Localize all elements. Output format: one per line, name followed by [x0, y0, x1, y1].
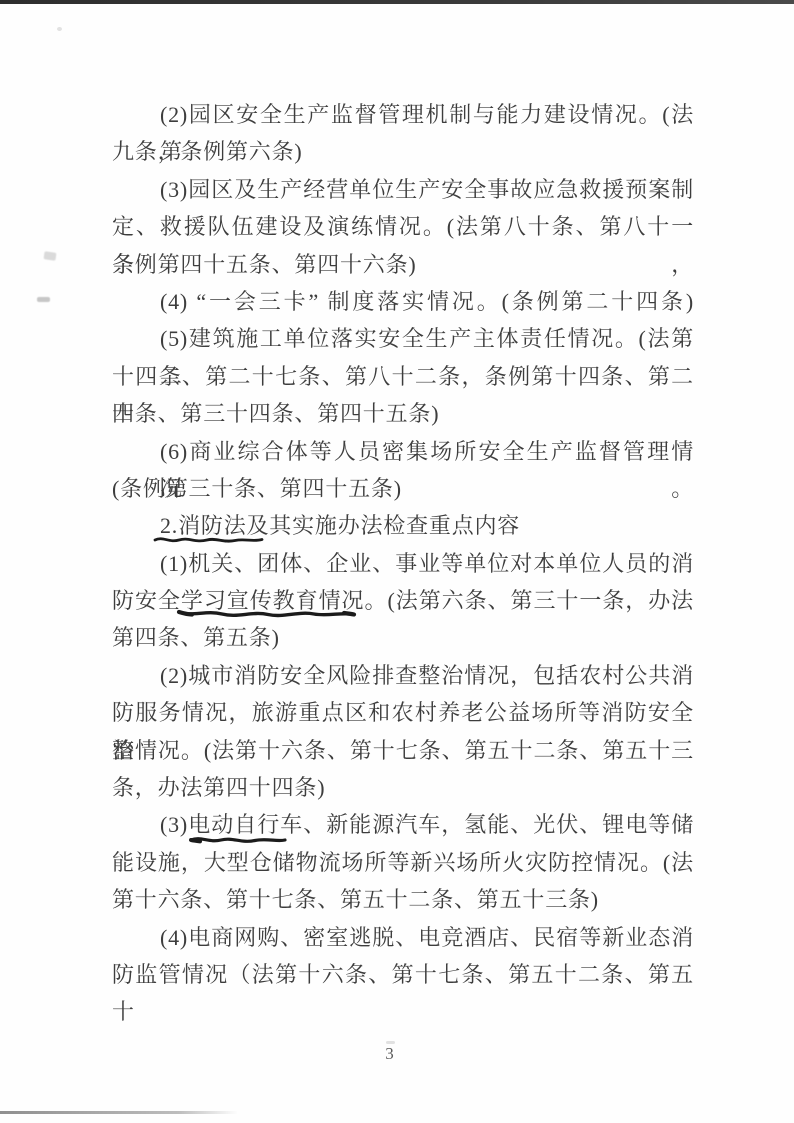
text-line: 第十六条、第十七条、第五十二条、第五十三条) [112, 881, 694, 918]
document-page: (2)园区安全生产监督管理机制与能力建设情况。(法第 九条，条例第六条) (3)… [0, 0, 794, 1123]
text-line: (3)园区及生产经营单位生产安全事故应急救援预案制 [112, 171, 694, 208]
text-line: (5)建筑施工单位落实安全生产主体责任情况。(法第二 [112, 320, 694, 357]
scan-speck [57, 27, 62, 31]
text-line: (3)电动自行车、新能源汽车，氢能、光伏、锂电等储 [112, 806, 694, 843]
text-line: 防监管情况（法第十六条、第十七条、第五十二条、第五十 [112, 956, 694, 993]
scan-speck [386, 1041, 395, 1044]
text-line: (6)商业综合体等人员密集场所安全生产监督管理情况。 [112, 433, 694, 470]
text-line: 条，办法第四十四条) [112, 769, 694, 806]
scan-artifact-top-bar [0, 0, 794, 4]
text-line: (1)机关、团体、企业、事业等单位对本单位人员的消 [112, 545, 694, 582]
scan-artifact-bottom-line [0, 1111, 238, 1114]
text-line: (4) “一会三卡” 制度落实情况。(条例第二十四条) [112, 283, 694, 320]
text-line: 定、救援队伍建设及演练情况。(法第八十条、第八十一条， [112, 208, 694, 245]
text-line: (4)电商网购、密室逃脱、电竞酒店、民宿等新业态消 [112, 919, 694, 956]
text-line: 第四条、第五条) [112, 619, 694, 656]
text-line: 四条、第三十四条、第四十五条) [112, 395, 694, 432]
text-line: (2)园区安全生产监督管理机制与能力建设情况。(法第 [112, 96, 694, 133]
text-line: 治情况。(法第十六条、第十七条、第五十二条、第五十三 [112, 732, 694, 769]
text-line: (2)城市消防安全风险排查整治情况，包括农村公共消 [112, 657, 694, 694]
page-number: 3 [0, 1044, 787, 1064]
scan-smudge [44, 251, 57, 261]
document-body: (2)园区安全生产监督管理机制与能力建设情况。(法第 九条，条例第六条) (3)… [112, 96, 694, 993]
scan-smudge [37, 297, 50, 302]
text-line: 能设施，大型仓储物流场所等新兴场所火灾防控情况。(法 [112, 844, 694, 881]
text-line: 防服务情况，旅游重点区和农村养老公益场所等消防安全整 [112, 694, 694, 731]
text-line: 防安全学习宣传教育情况。(法第六条、第三十一条，办法 [112, 582, 694, 619]
text-line: 九条，条例第六条) [112, 133, 694, 170]
text-line: 十四条、第二十七条、第八十二条，条例第十四条、第二十 [112, 358, 694, 395]
section-heading-line: 2.消防法及其实施办法检查重点内容 [112, 507, 694, 544]
